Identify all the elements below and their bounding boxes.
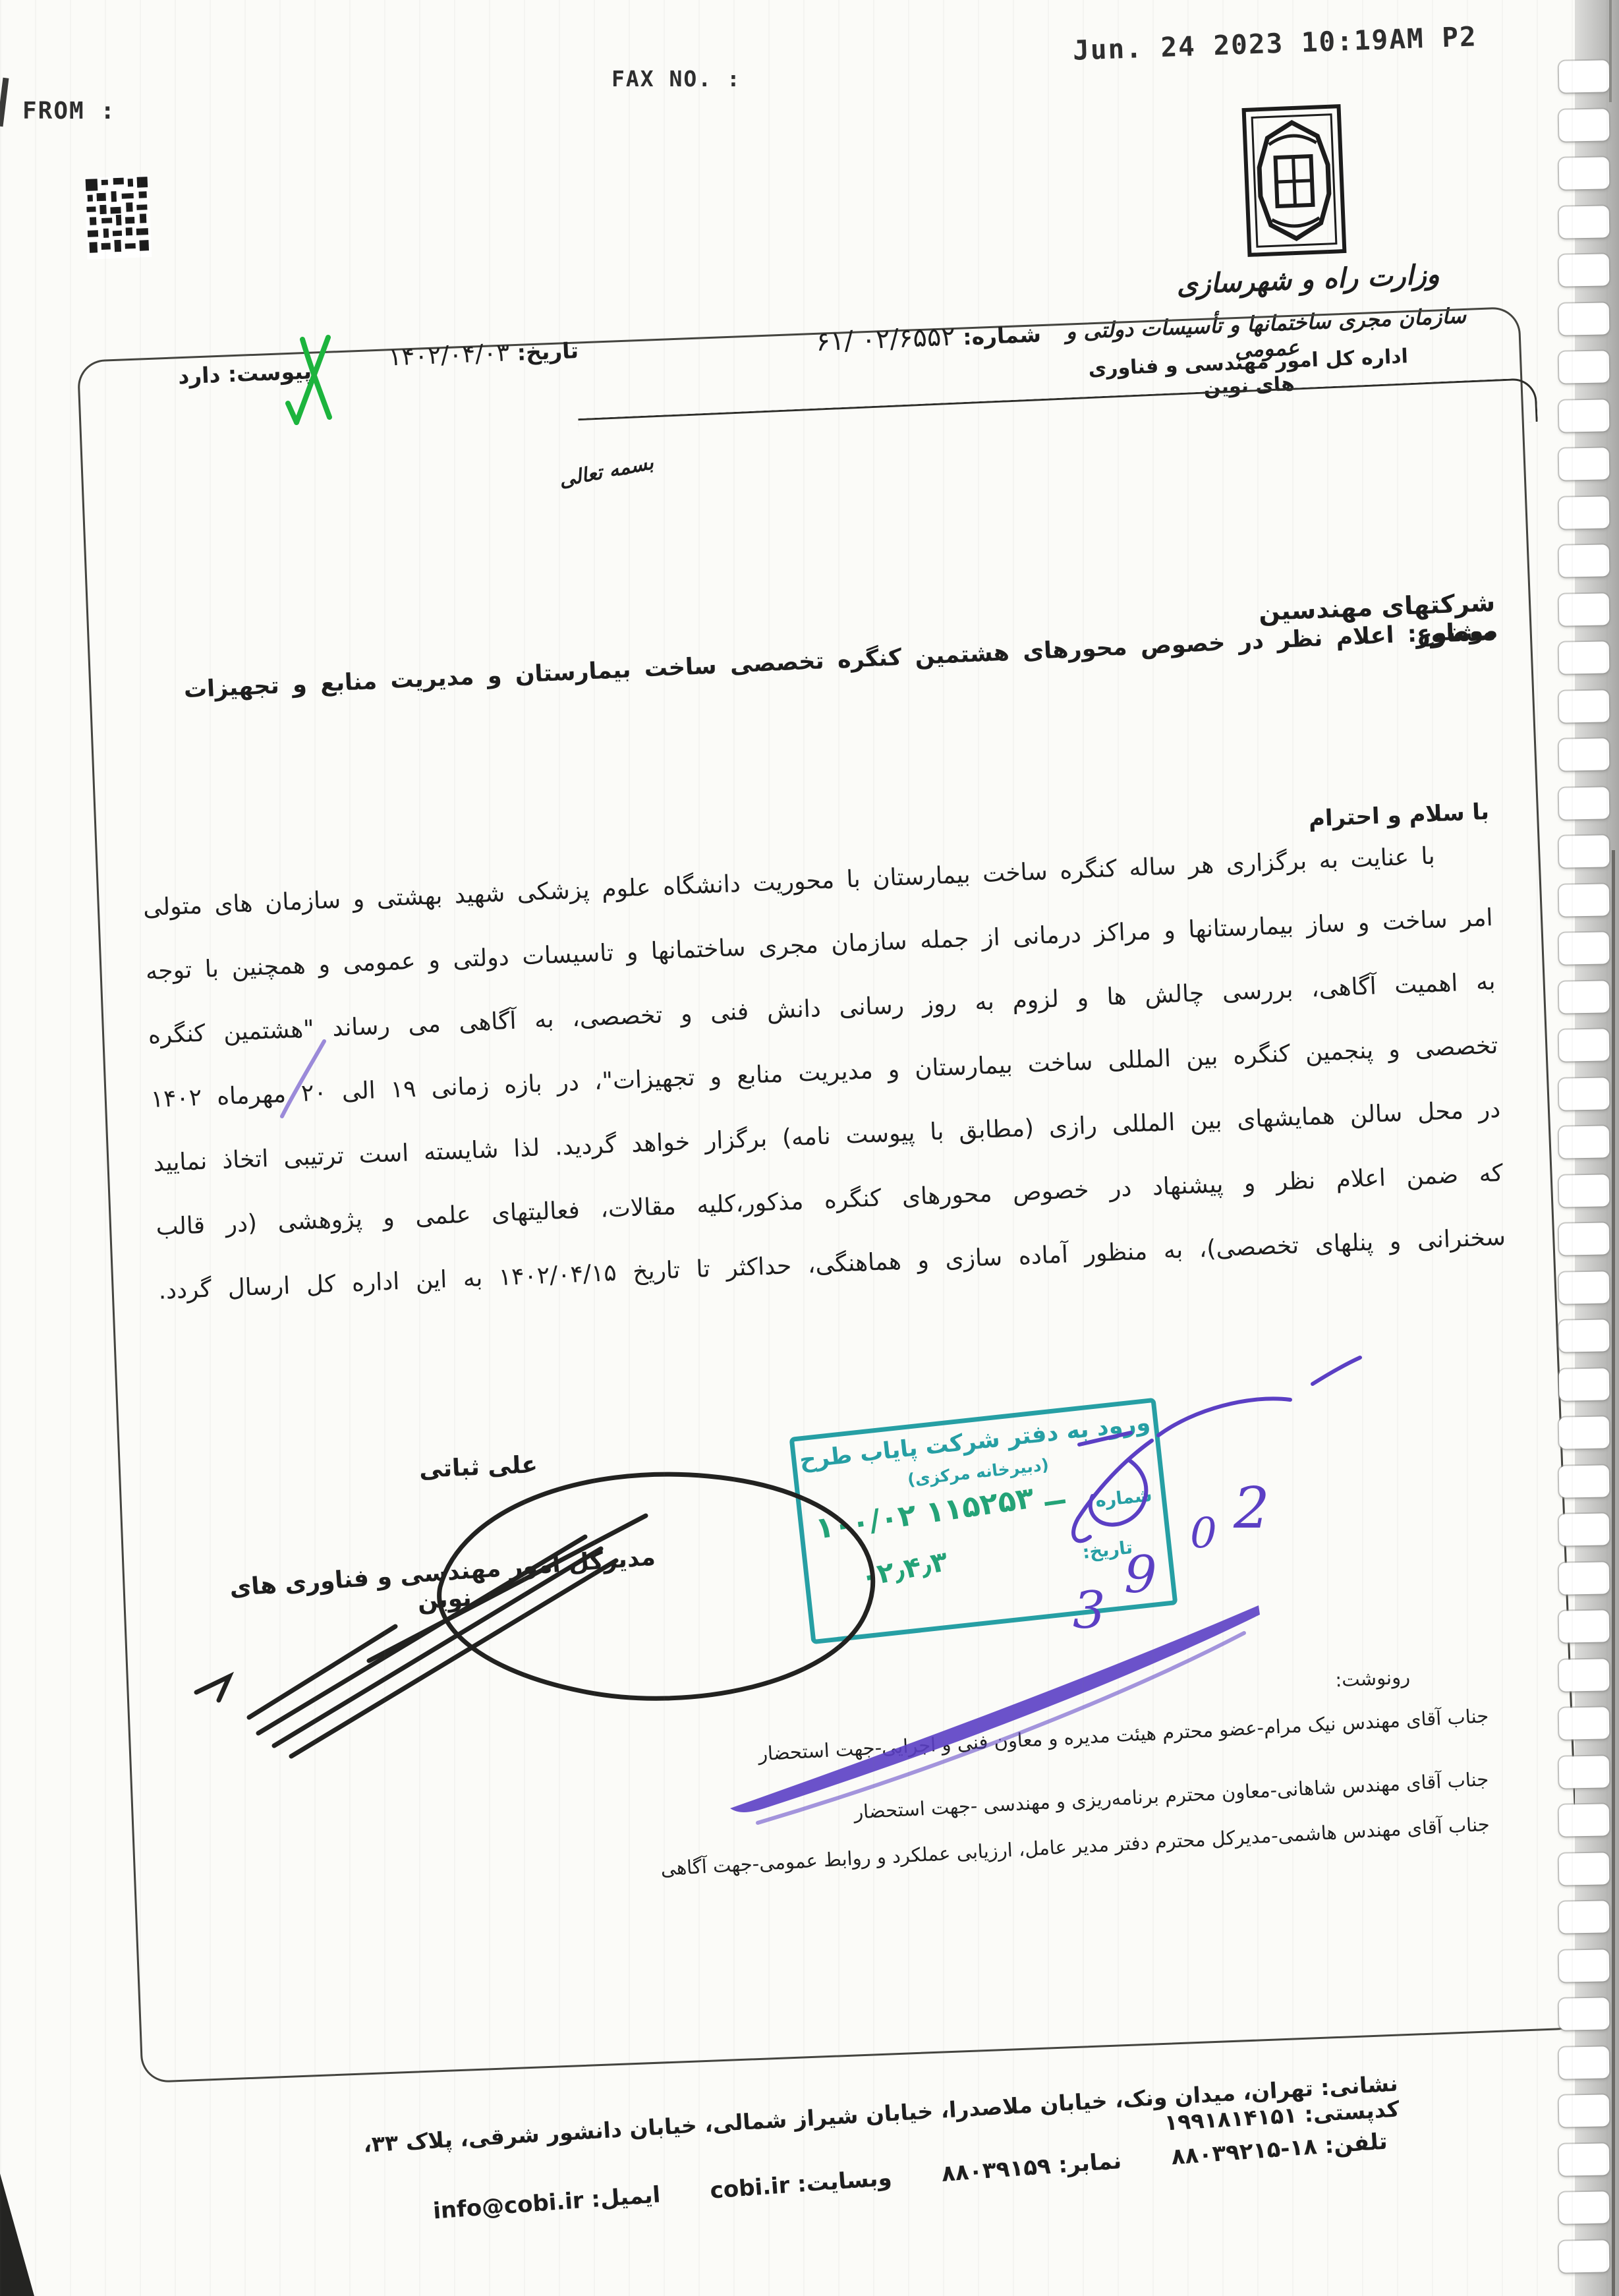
footer-website-value: cobi.ir (709, 2172, 790, 2204)
stamp-date-value: ۰۲٫۴٫۳ (858, 1545, 951, 1593)
scan-edge-line (1612, 850, 1615, 2296)
scan-edge-line-top (1609, 0, 1612, 102)
footer-phone: تلفن: ۸۸۰۳۹۲۱۵-۱۸ (1162, 2128, 1388, 2171)
fax-timestamp: Jun. 24 2023 10:19AM P2 (1072, 20, 1477, 66)
ref-attachment-value: دارد (177, 362, 221, 389)
scan-corner-shadow (0, 2163, 34, 2296)
body-paragraph: با عنایت به برگزاری هر ساله کنگره ساخت ب… (142, 822, 1507, 1323)
ref-number-value: ۶۱/ ۰۲/۶۵۵۲ (815, 322, 955, 357)
footer-email-value: info@cobi.ir (432, 2187, 584, 2225)
stamp-date-label: تاریخ: (1081, 1537, 1133, 1563)
footer-fax: نمابر: ۸۸۰۳۹۱۵۹ (933, 2148, 1123, 2188)
footer-fax-value: ۸۸۰۳۹۱۵۹ (940, 2153, 1051, 2187)
fax-number-label: FAX NO. : (611, 66, 741, 92)
footer-phone-value: ۸۸۰۳۹۲۱۵-۱۸ (1170, 2133, 1318, 2170)
ref-date-value: ۱۴۰۲/۰۴/۰۳ (388, 338, 510, 371)
footer-website-label: وبسایت: (797, 2165, 893, 2198)
entry-stamp: ورود به دفتر شرکت پایاب طرح (دبیرخانه مر… (789, 1398, 1178, 1645)
footer-fax-label: نمابر: (1058, 2148, 1123, 2179)
ref-number-label: شماره: (963, 321, 1042, 350)
ministry-emblem (1241, 103, 1347, 258)
footer-phone-label: تلفن: (1324, 2128, 1388, 2159)
footer-website: وبسایت: cobi.ir (701, 2165, 892, 2205)
scan-topleft-mark (0, 78, 9, 127)
ref-date-label: تاریخ: (517, 337, 579, 366)
letterhead-ministry: وزارت راه و شهرسازی (1166, 258, 1450, 301)
footer-email: ایمیل: info@cobi.ir (432, 2181, 662, 2224)
ref-attachment-label: پیوست: (227, 358, 312, 387)
qr-barcode (84, 175, 152, 260)
footer-email-label: ایمیل: (590, 2181, 662, 2213)
fax-page: FROM : FAX NO. : Jun. 24 2023 10:19AM P2… (0, 0, 1619, 2296)
stamp-number-label: شماره (1094, 1485, 1153, 1511)
fax-from-label: FROM : (22, 98, 116, 125)
